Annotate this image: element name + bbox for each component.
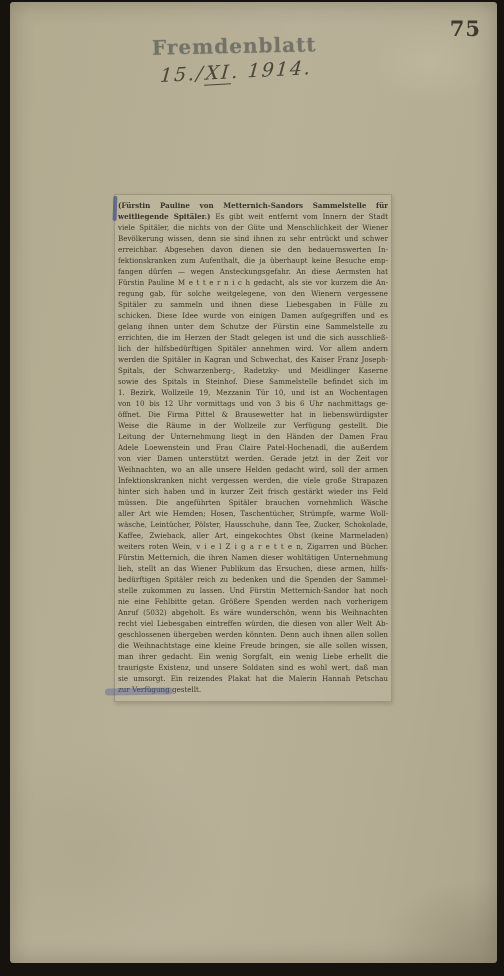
clipping-text-line: Weihnachten, wo an alle unsere Helden ge… bbox=[118, 464, 388, 475]
scanned-album-page: 75 Fremdenblatt 15./XI. 1914. (Fürstin P… bbox=[10, 2, 497, 963]
clipping-text-line: Weise die Räume in der Wollzeile zur Ver… bbox=[118, 420, 388, 431]
clipping-text-line: man ihrer gedacht. Ein wenig Sorgfalt, e… bbox=[118, 651, 388, 662]
clipping-text-line: werden die Spitäler in Kagran und Schwec… bbox=[118, 354, 388, 365]
clipping-text-line: aller Art wie Hemden; Hosen, Taschentüch… bbox=[118, 508, 388, 519]
clipping-text-line: schicken. Diese Idee wurde von einigen D… bbox=[118, 310, 388, 321]
newspaper-clipping: (Fürstin Pauline von Metternich-Sandors … bbox=[114, 194, 392, 702]
fremdenblatt-stamp: Fremdenblatt bbox=[152, 32, 317, 59]
clipping-text-line: lieh, stellt an das Wiener Publikum das … bbox=[118, 563, 388, 574]
clipping-text-line: Adele Loewenstein und Frau Claire Patel-… bbox=[118, 442, 388, 453]
clipping-text-line: Leitung der Unternehmung liegt in den Hä… bbox=[118, 431, 388, 442]
clipping-text-line: müssen. Die angeführten Spitäler brauche… bbox=[118, 497, 388, 508]
handwritten-date: 15./XI. 1914. bbox=[159, 57, 313, 87]
blue-pencil-underline-bottom bbox=[105, 687, 173, 695]
clipping-text-line: weiters roten Wein, v i e l Z i g a r e … bbox=[118, 541, 388, 552]
handwritten-month-roman: XI bbox=[204, 61, 233, 86]
clipping-text-line: sowie des Spitals in Steinhof. Diese Sam… bbox=[118, 376, 388, 387]
clipping-text-line: Kaffee, Zwieback, aller Art, eingekochte… bbox=[118, 530, 388, 541]
clipping-text-line: traurigste Existenz, und unsere Soldaten… bbox=[118, 662, 388, 673]
clipping-text-line: Spitäler zu sammeln und ihnen diese Lieb… bbox=[118, 299, 388, 310]
clipping-text-line: nie eine Fehlbitte getan. Größere Spende… bbox=[118, 596, 388, 607]
clipping-text-line: Anruf (5032) abgeholt. Es wäre wundersch… bbox=[118, 607, 388, 618]
clipping-text-line: bedürftigen Spitäler reich zu bedenken u… bbox=[118, 574, 388, 585]
clipping-text-line: fangen dürfen — wegen Ansteckungsgefahr.… bbox=[118, 266, 388, 277]
clipping-text-line: von vier Damen unterstützt werden. Gerad… bbox=[118, 453, 388, 464]
clipping-text-line: hinter sich haben und in kurzer Zeit fri… bbox=[118, 486, 388, 497]
page-number: 75 bbox=[450, 16, 481, 41]
handwritten-year: . 1914. bbox=[231, 57, 313, 83]
clipping-article-text: (Fürstin Pauline von Metternich-Sandors … bbox=[118, 200, 388, 695]
clipping-text-line: die Weihnachtstage eine kleine Freude br… bbox=[118, 640, 388, 651]
clipping-text-line: Spitals, der Schwarzenberg-, Radetzky- u… bbox=[118, 365, 388, 376]
clipping-text-line: wäsche, Leintücher, Pölster, Hausschuhe,… bbox=[118, 519, 388, 530]
clipping-text-line: viele Spitäler, die nichts von der Güte … bbox=[118, 222, 388, 233]
clipping-text-line: sie umsorgt. Ein reizendes Plakat hat di… bbox=[118, 673, 388, 684]
clipping-text-line: Fürstin Metternich, die ihren Namen dies… bbox=[118, 552, 388, 563]
clipping-text-line: stelle zukommen zu lassen. Und Fürstin M… bbox=[118, 585, 388, 596]
clipping-text-line: lich der hilfsbedürftigen Spitäler anneh… bbox=[118, 343, 388, 354]
clipping-text-line: errichten, die im Herzen der Stadt geleg… bbox=[118, 332, 388, 343]
clipping-text-line: weitliegende Spitäler.) Es gibt weit ent… bbox=[118, 211, 388, 222]
clipping-text-line: Fürstin Pauline M e t t e r n i c h geda… bbox=[118, 277, 388, 288]
clipping-text-line: geschlossenen übergeben werden könnten. … bbox=[118, 629, 388, 640]
clipping-text-line: gelang ihnen unter dem Schutze der Fürst… bbox=[118, 321, 388, 332]
clipping-text-line: erreichbar. Abgesehen davon dienen sie d… bbox=[118, 244, 388, 255]
clipping-text-line: Bevölkerung wissen, denn sie sind ihnen … bbox=[118, 233, 388, 244]
handwritten-day: 15./ bbox=[159, 63, 206, 87]
clipping-text-line: Infektionskranken nicht vergessen werden… bbox=[118, 475, 388, 486]
clipping-text-line: von 10 bis 12 Uhr vormittags und von 3 b… bbox=[118, 398, 388, 409]
clipping-text-line: fektionskranken zum Aufenthalt, die ja ü… bbox=[118, 255, 388, 266]
clipping-text-line: öffnet. Die Firma Pittel & Brausewetter … bbox=[118, 409, 388, 420]
clipping-text-line: recht viel Liebesgaben eintreffen würden… bbox=[118, 618, 388, 629]
clipping-text-line: (Fürstin Pauline von Metternich-Sandors … bbox=[118, 200, 388, 211]
clipping-text-line: 1. Bezirk, Wollzeile 19, Mezzanin Tür 10… bbox=[118, 387, 388, 398]
clipping-text-line: regung gab, für solche weitgelegene, von… bbox=[118, 288, 388, 299]
